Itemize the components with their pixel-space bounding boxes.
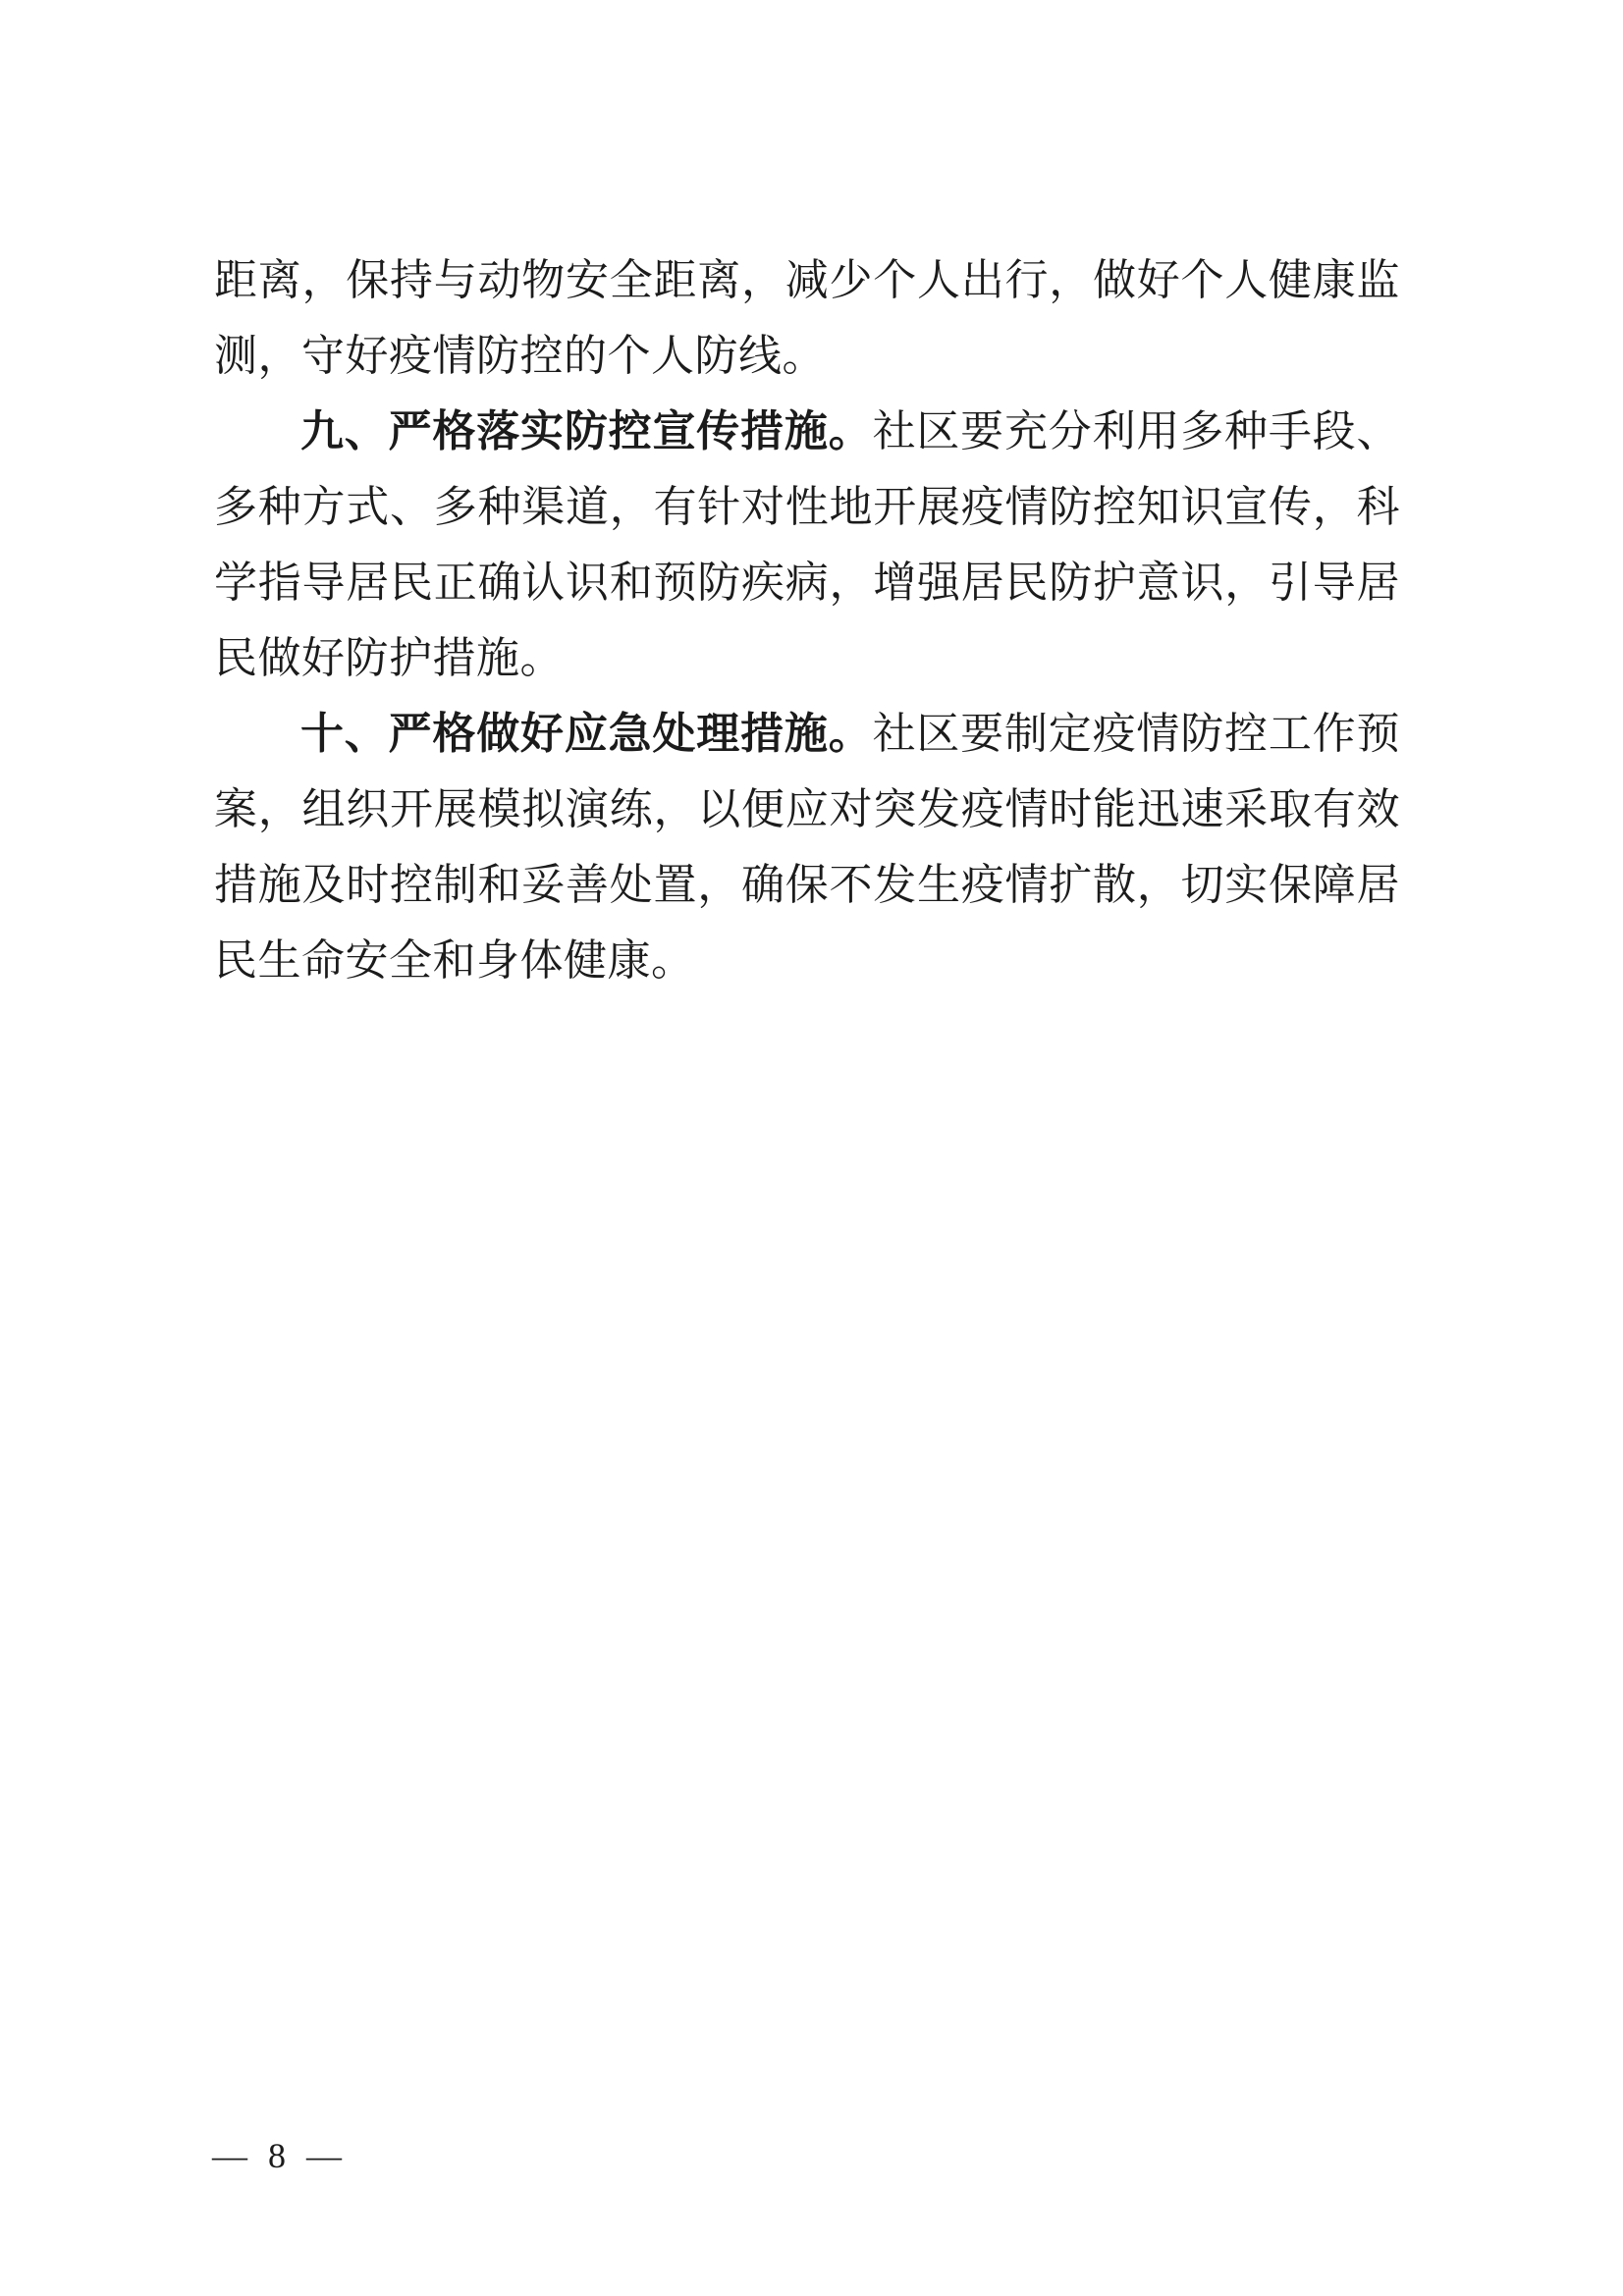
paragraph-text: 距离，保持与动物安全距离，减少个人出行，做好个人健康监测，守好疫情防控的个人防线…	[214, 256, 1400, 380]
paragraph-continuation: 距离，保持与动物安全距离，减少个人出行，做好个人健康监测，守好疫情防控的个人防线…	[214, 242, 1400, 394]
section-nine-heading: 九、严格落实防控宣传措施。	[300, 407, 873, 455]
paragraph-section-nine: 九、严格落实防控宣传措施。社区要充分利用多种手段、多种方式、多种渠道，有针对性地…	[214, 394, 1400, 696]
section-ten-heading: 十、严格做好应急处理措施。	[300, 710, 873, 758]
paragraph-section-ten: 十、严格做好应急处理措施。社区要制定疫情防控工作预案，组织开展模拟演练，以便应对…	[214, 696, 1400, 998]
document-text-block: 距离，保持与动物安全距离，减少个人出行，做好个人健康监测，守好疫情防控的个人防线…	[214, 242, 1400, 998]
page-number: — 8 —	[212, 2136, 342, 2175]
document-page: 距离，保持与动物安全距离，减少个人出行，做好个人健康监测，守好疫情防控的个人防线…	[0, 0, 1623, 2296]
